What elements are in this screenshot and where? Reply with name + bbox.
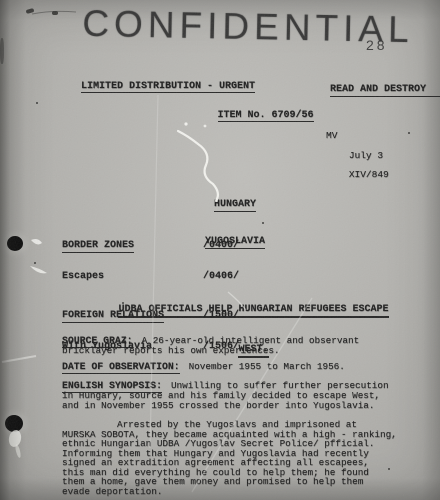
report-title-line1: UDBA OFFICIALS HELP HUNGARIAN REFUGEES E… [118,305,388,318]
source-paragraph: SOURCE GRAZ:A 26-year-old intelligent an… [62,336,407,356]
page-number: 28 [366,37,388,53]
observation-paragraph: DATE OF OBSERVATION:November 1955 to Mar… [62,362,407,372]
country-primary: HUNGARY [214,200,256,212]
paper-tear-mark [14,444,21,459]
speck [34,262,36,264]
observation-label: DATE OF OBSERVATION: [62,361,180,374]
index-sublabel: Escapes [62,271,104,282]
ink-smudge [26,8,35,14]
item-number-label: ITEM No. 6709/56 [218,110,314,123]
reference-date: July 3 [349,150,383,161]
reference-initials: MV [326,130,337,141]
speck [122,302,124,304]
index-code: /0400/ [203,241,239,251]
speck [388,468,390,470]
edge-smudge [0,38,4,64]
synopsis-paragraph: ENGLISH SYNOPSIS:Unwilling to suffer fur… [62,381,412,410]
index-code: /0406/ [203,272,239,282]
index-row: Escapes /0406/ [62,272,239,282]
destroy-label: READ AND DESTROY [330,85,440,97]
index-label: BORDER ZONES [62,240,134,253]
document-scan: CONFIDENTIAL 28 LIMITED DISTRIBUTION - U… [0,0,440,500]
item-number: ITEM No. 6709/56 [68,100,439,132]
index-row: BORDER ZONES /0400/ [62,241,239,251]
distribution-notice: LIMITED DISTRIBUTION - URGENT [57,71,255,103]
speck [262,222,264,224]
ink-smudge [52,11,58,15]
body-paragraph: Arrested by the Yugoslavs and imprisoned… [62,420,412,496]
punch-hole [7,236,23,251]
observation-text: November 1955 to March 1956. [189,361,345,372]
speck [36,102,38,104]
distribution-label: LIMITED DISTRIBUTION - URGENT [81,81,255,94]
speck [408,132,410,134]
